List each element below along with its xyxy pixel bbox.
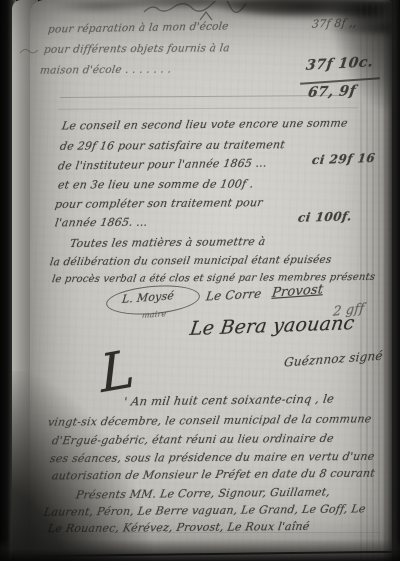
manuscript-line: la délibération du conseil municipal éta… [49,254,332,268]
manuscript-line: ' An mil huit cent soixante-cinq , le [123,392,335,409]
page-right-edge-shadow [382,0,400,561]
ledger-line-text: maison d'école . . . . . . . [39,63,172,76]
signature-lecorre: Le Corre [205,286,262,303]
binding-shadow-bottom-left [12,371,152,561]
manuscript-line: Toutes les matières à soumettre à [69,235,266,250]
manuscript-photo: pour réparation à la mon d'école 37f 8f … [0,0,400,561]
manuscript-line: de 29f 16 pour satisfaire au traitement [59,138,286,153]
manuscript-line: l'année 1865. ... [54,216,149,230]
manuscript-line: et en 3e lieu une somme de 100f . [57,177,255,191]
manuscript-line-amount: ci 100f. [297,209,353,224]
page-bottom-shadow [0,539,400,561]
signature-maire-title: maire [142,309,167,320]
manuscript-line: le procès verbal a été clos et signé par… [51,272,376,285]
manuscript-line: pour compléter son traitement pour [54,196,264,211]
